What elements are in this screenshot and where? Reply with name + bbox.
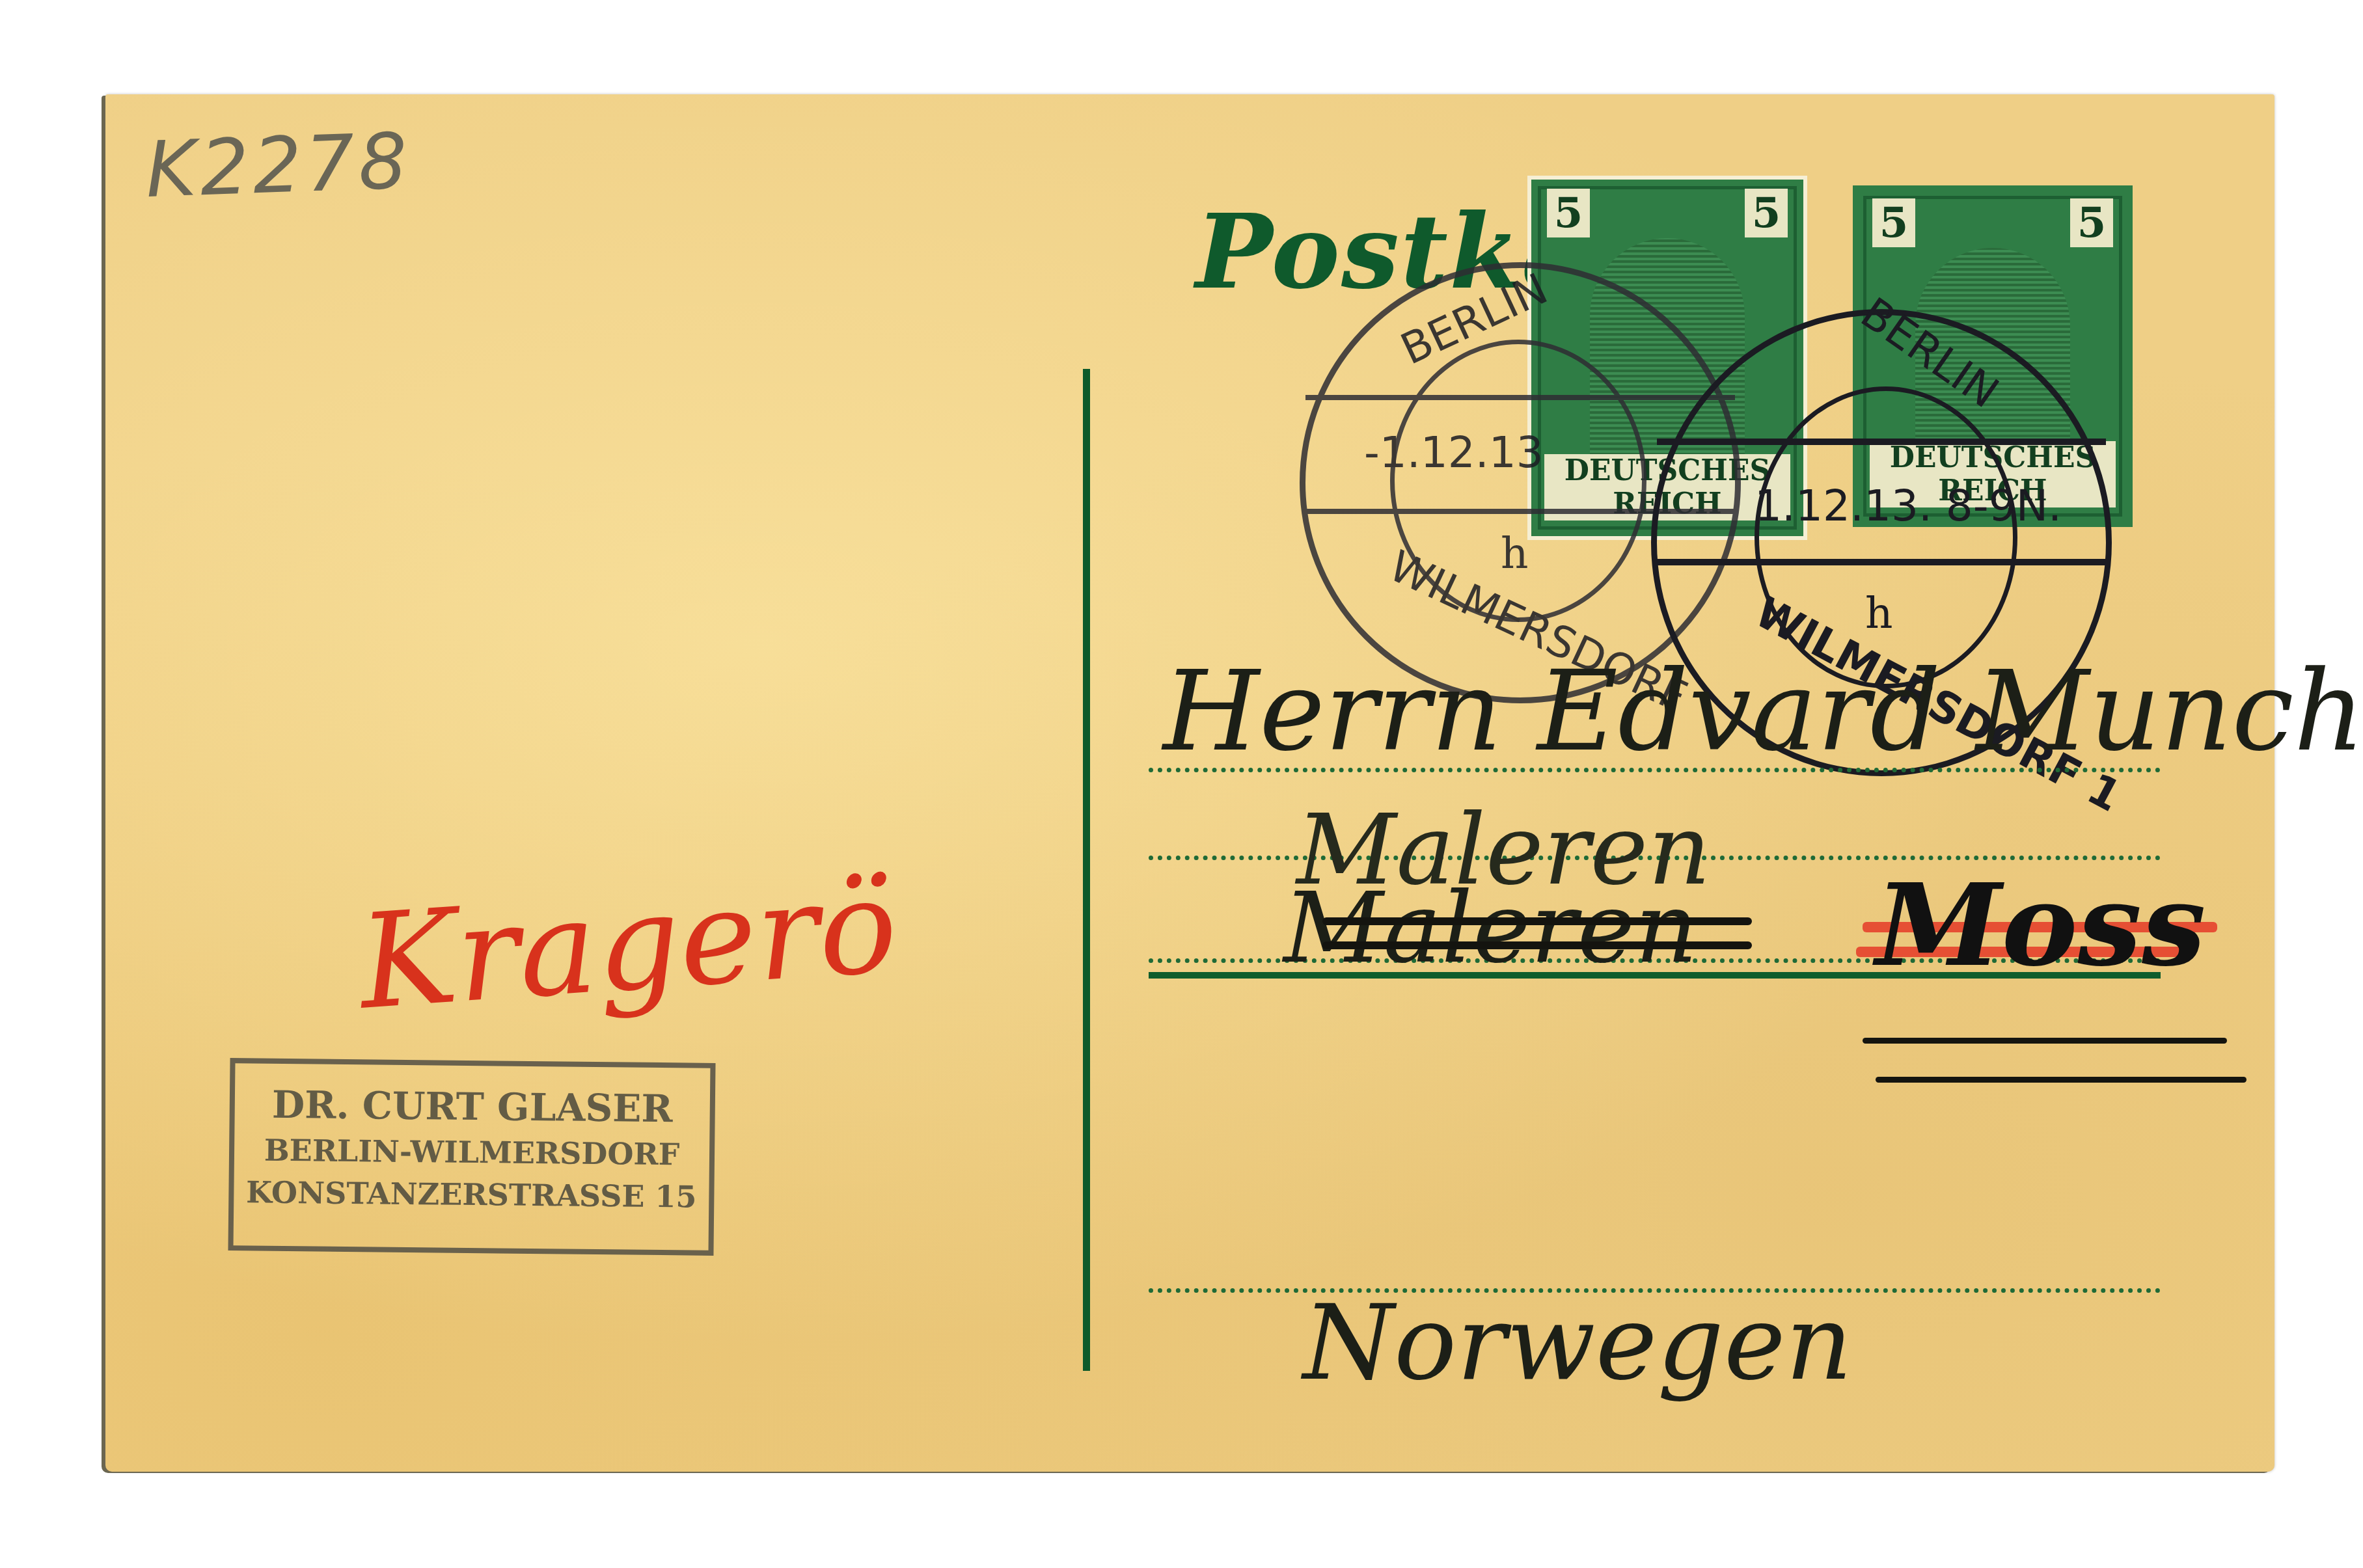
stamp-value-left: 5 [1872, 198, 1915, 247]
postmark-bar [1657, 439, 2106, 445]
sender-name: DR. CURT GLASER [234, 1083, 710, 1131]
postmark-bar [1657, 559, 2106, 565]
stamp-value-right: 5 [1745, 189, 1788, 237]
underline-stroke [1863, 1038, 2227, 1044]
postcard: K2278 Postkar 5 5 DEUTSCHES REICH 5 5 DE… [105, 94, 2274, 1472]
postmark-letter: h [1865, 588, 1893, 638]
underline-stroke [1876, 1077, 2247, 1083]
postmark-bar [1305, 395, 1735, 400]
stamp-value-right: 5 [2070, 198, 2113, 247]
address-struck-word: Maleren [1283, 872, 1698, 985]
address-recipient: Herrn Edvard Munch [1163, 647, 2363, 776]
strike-through-line [1322, 917, 1752, 925]
postmark-date: -1.12.13 [1364, 427, 1544, 478]
sender-street: KONSTANZERSTRASSE 15 [234, 1175, 709, 1215]
archive-number: K2278 [144, 116, 413, 215]
postmark-date: 1.12.13. 8-9N. [1755, 481, 2062, 531]
address-country: Norwegen [1303, 1282, 1853, 1403]
sender-city: BERLIN-WILMERSDORF [234, 1133, 710, 1172]
stamp-value-left: 5 [1547, 189, 1590, 237]
sender-stamp: DR. CURT GLASER BERLIN-WILMERSDORF KONST… [228, 1058, 715, 1256]
postmark-letter: h [1501, 528, 1529, 578]
address-town: Moss [1876, 859, 2206, 992]
strike-through-line [1322, 941, 1752, 949]
red-annotation: Kragerö [355, 850, 902, 1038]
vertical-divider [1083, 369, 1090, 1371]
